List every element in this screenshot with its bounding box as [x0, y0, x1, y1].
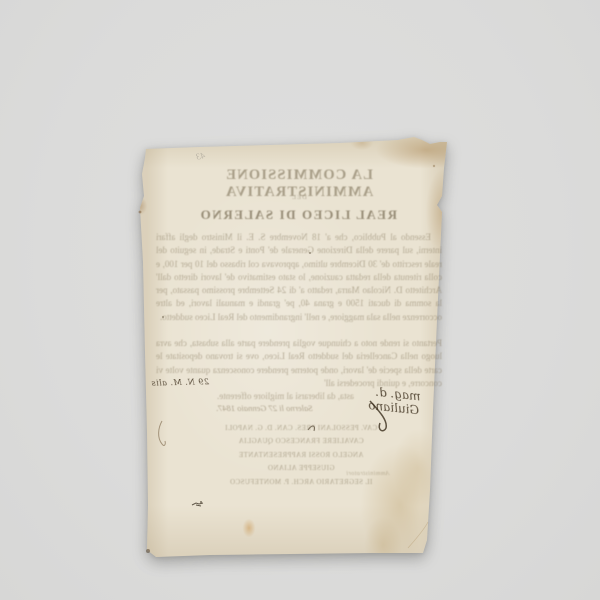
paper-surface [0, 0, 600, 600]
paper-sheet [0, 0, 600, 600]
photo-background: 43 LA COMMISSIONE AMMINISTRATIVA DEL REA… [0, 0, 600, 600]
